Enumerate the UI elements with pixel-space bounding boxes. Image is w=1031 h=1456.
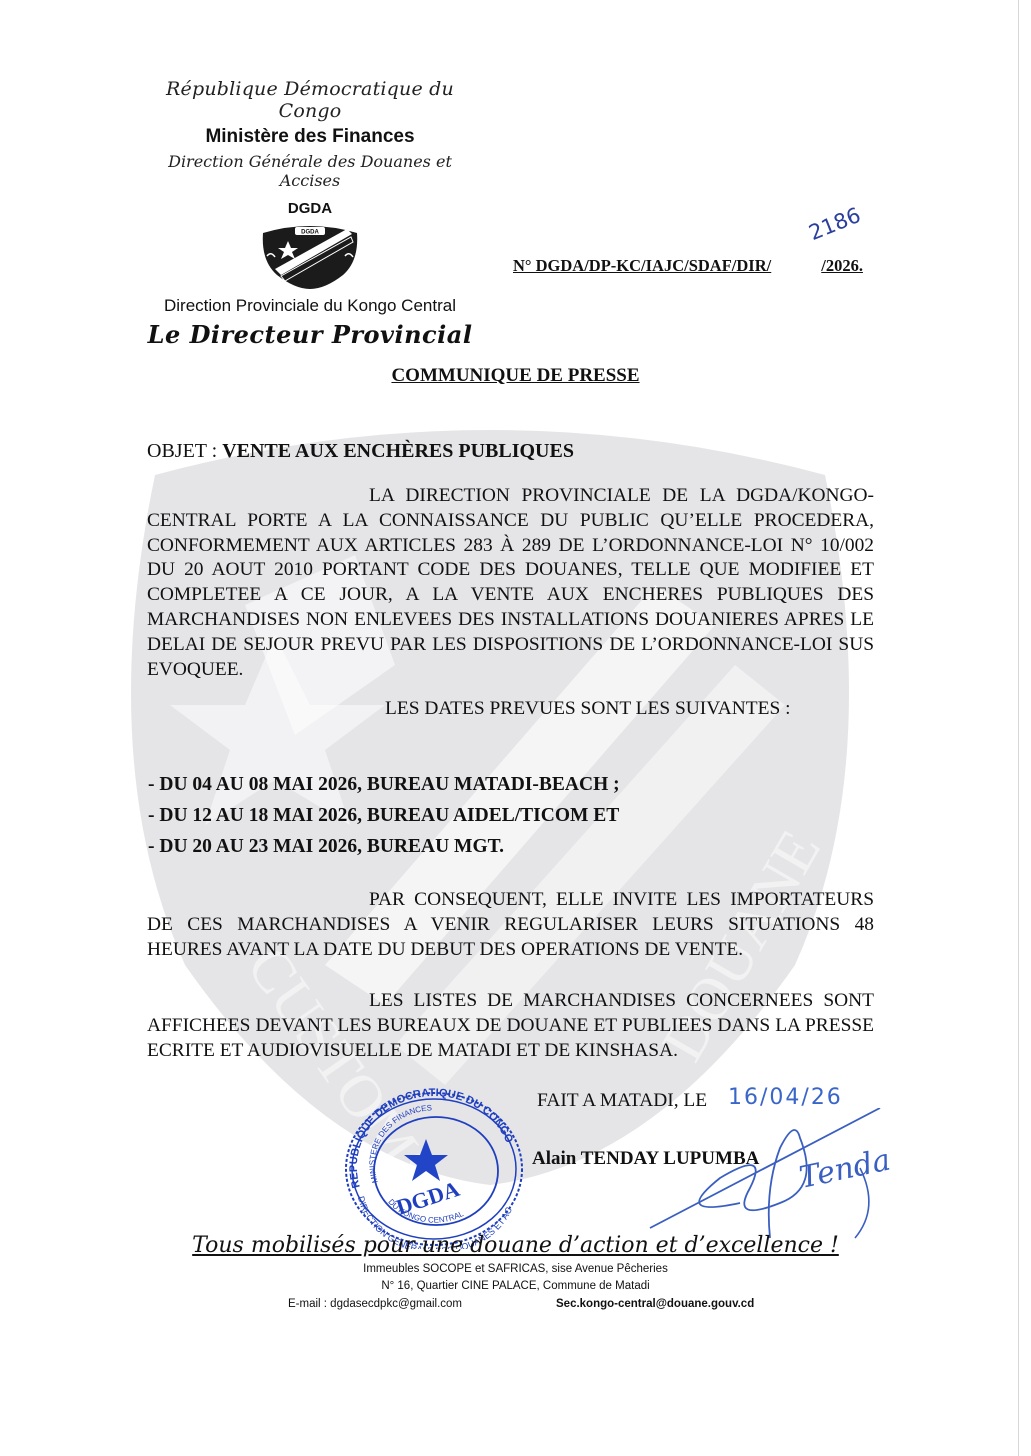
reference-suffix: /2026. — [821, 256, 863, 275]
email-secondary[interactable]: Sec.kongo-central@douane.gouv.cd — [556, 1298, 754, 1310]
paragraph-invitation: PAR CONSEQUENT, ELLE INVITE LES IMPORTAT… — [147, 888, 874, 962]
svg-text:DGDA: DGDA — [301, 230, 319, 236]
reference-number: N° DGDA/DP-KC/IAJC/SDAF/DIR//2026. — [513, 256, 863, 276]
motto: Tous mobilisés pour une douane d’action … — [0, 1233, 1031, 1258]
director-title: Le Directeur Provincial — [140, 320, 480, 349]
agency-acronym: DGDA — [140, 200, 480, 217]
provincial-direction: Direction Provinciale du Kongo Central — [140, 296, 480, 316]
handwritten-reference: 2186 — [805, 203, 864, 245]
address-line-1: Immeubles SOCOPE et SAFRICAS, sise Avenu… — [0, 1263, 1031, 1275]
subject-line: OBJET : VENTE AUX ENCHÈRES PUBLIQUES — [147, 440, 574, 463]
reference-prefix: N° DGDA/DP-KC/IAJC/SDAF/DIR/ — [513, 256, 771, 275]
subject-label: OBJET : — [147, 440, 222, 462]
official-stamp: REPUBLIQUE DEMOCRATIQUE DU CONGO MINISTE… — [338, 1087, 530, 1249]
dates-intro: LES DATES PREVUES SONT LES SUIVANTES : — [385, 698, 790, 720]
country-name: République Démocratique du Congo — [140, 78, 480, 122]
auction-dates-list: - DU 04 AU 08 MAI 2026, BUREAU MATADI-BE… — [148, 774, 620, 867]
paragraph-announcement: LA DIRECTION PROVINCIALE DE LA DGDA/KONG… — [147, 484, 874, 682]
date-item: - DU 04 AU 08 MAI 2026, BUREAU MATADI-BE… — [148, 774, 620, 805]
handwritten-signature: Tenday — [630, 1108, 890, 1248]
ministry-name: Ministère des Finances — [140, 126, 480, 148]
paragraph-lists: LES LISTES DE MARCHANDISES CONCERNEES SO… — [147, 989, 874, 1063]
direction-generale: Direction Générale des Douanes et Accise… — [140, 152, 480, 190]
dgda-shield-logo-icon: DGDA — [255, 221, 365, 289]
svg-text:Tenday: Tenday — [796, 1139, 890, 1196]
date-item: - DU 12 AU 18 MAI 2026, BUREAU AIDEL/TIC… — [148, 805, 620, 836]
document-title: COMMUNIQUE DE PRESSE — [0, 365, 1031, 387]
date-item: - DU 20 AU 23 MAI 2026, BUREAU MGT. — [148, 836, 620, 867]
letterhead: République Démocratique du Congo Ministè… — [140, 78, 480, 349]
email-primary[interactable]: E-mail : dgdasecdpkc@gmail.com — [288, 1298, 462, 1310]
subject-value: VENTE AUX ENCHÈRES PUBLIQUES — [222, 440, 574, 462]
handwritten-date: 16/04/26 — [728, 1085, 843, 1110]
address-line-2: N° 16, Quartier CINE PALACE, Commune de … — [0, 1280, 1031, 1292]
